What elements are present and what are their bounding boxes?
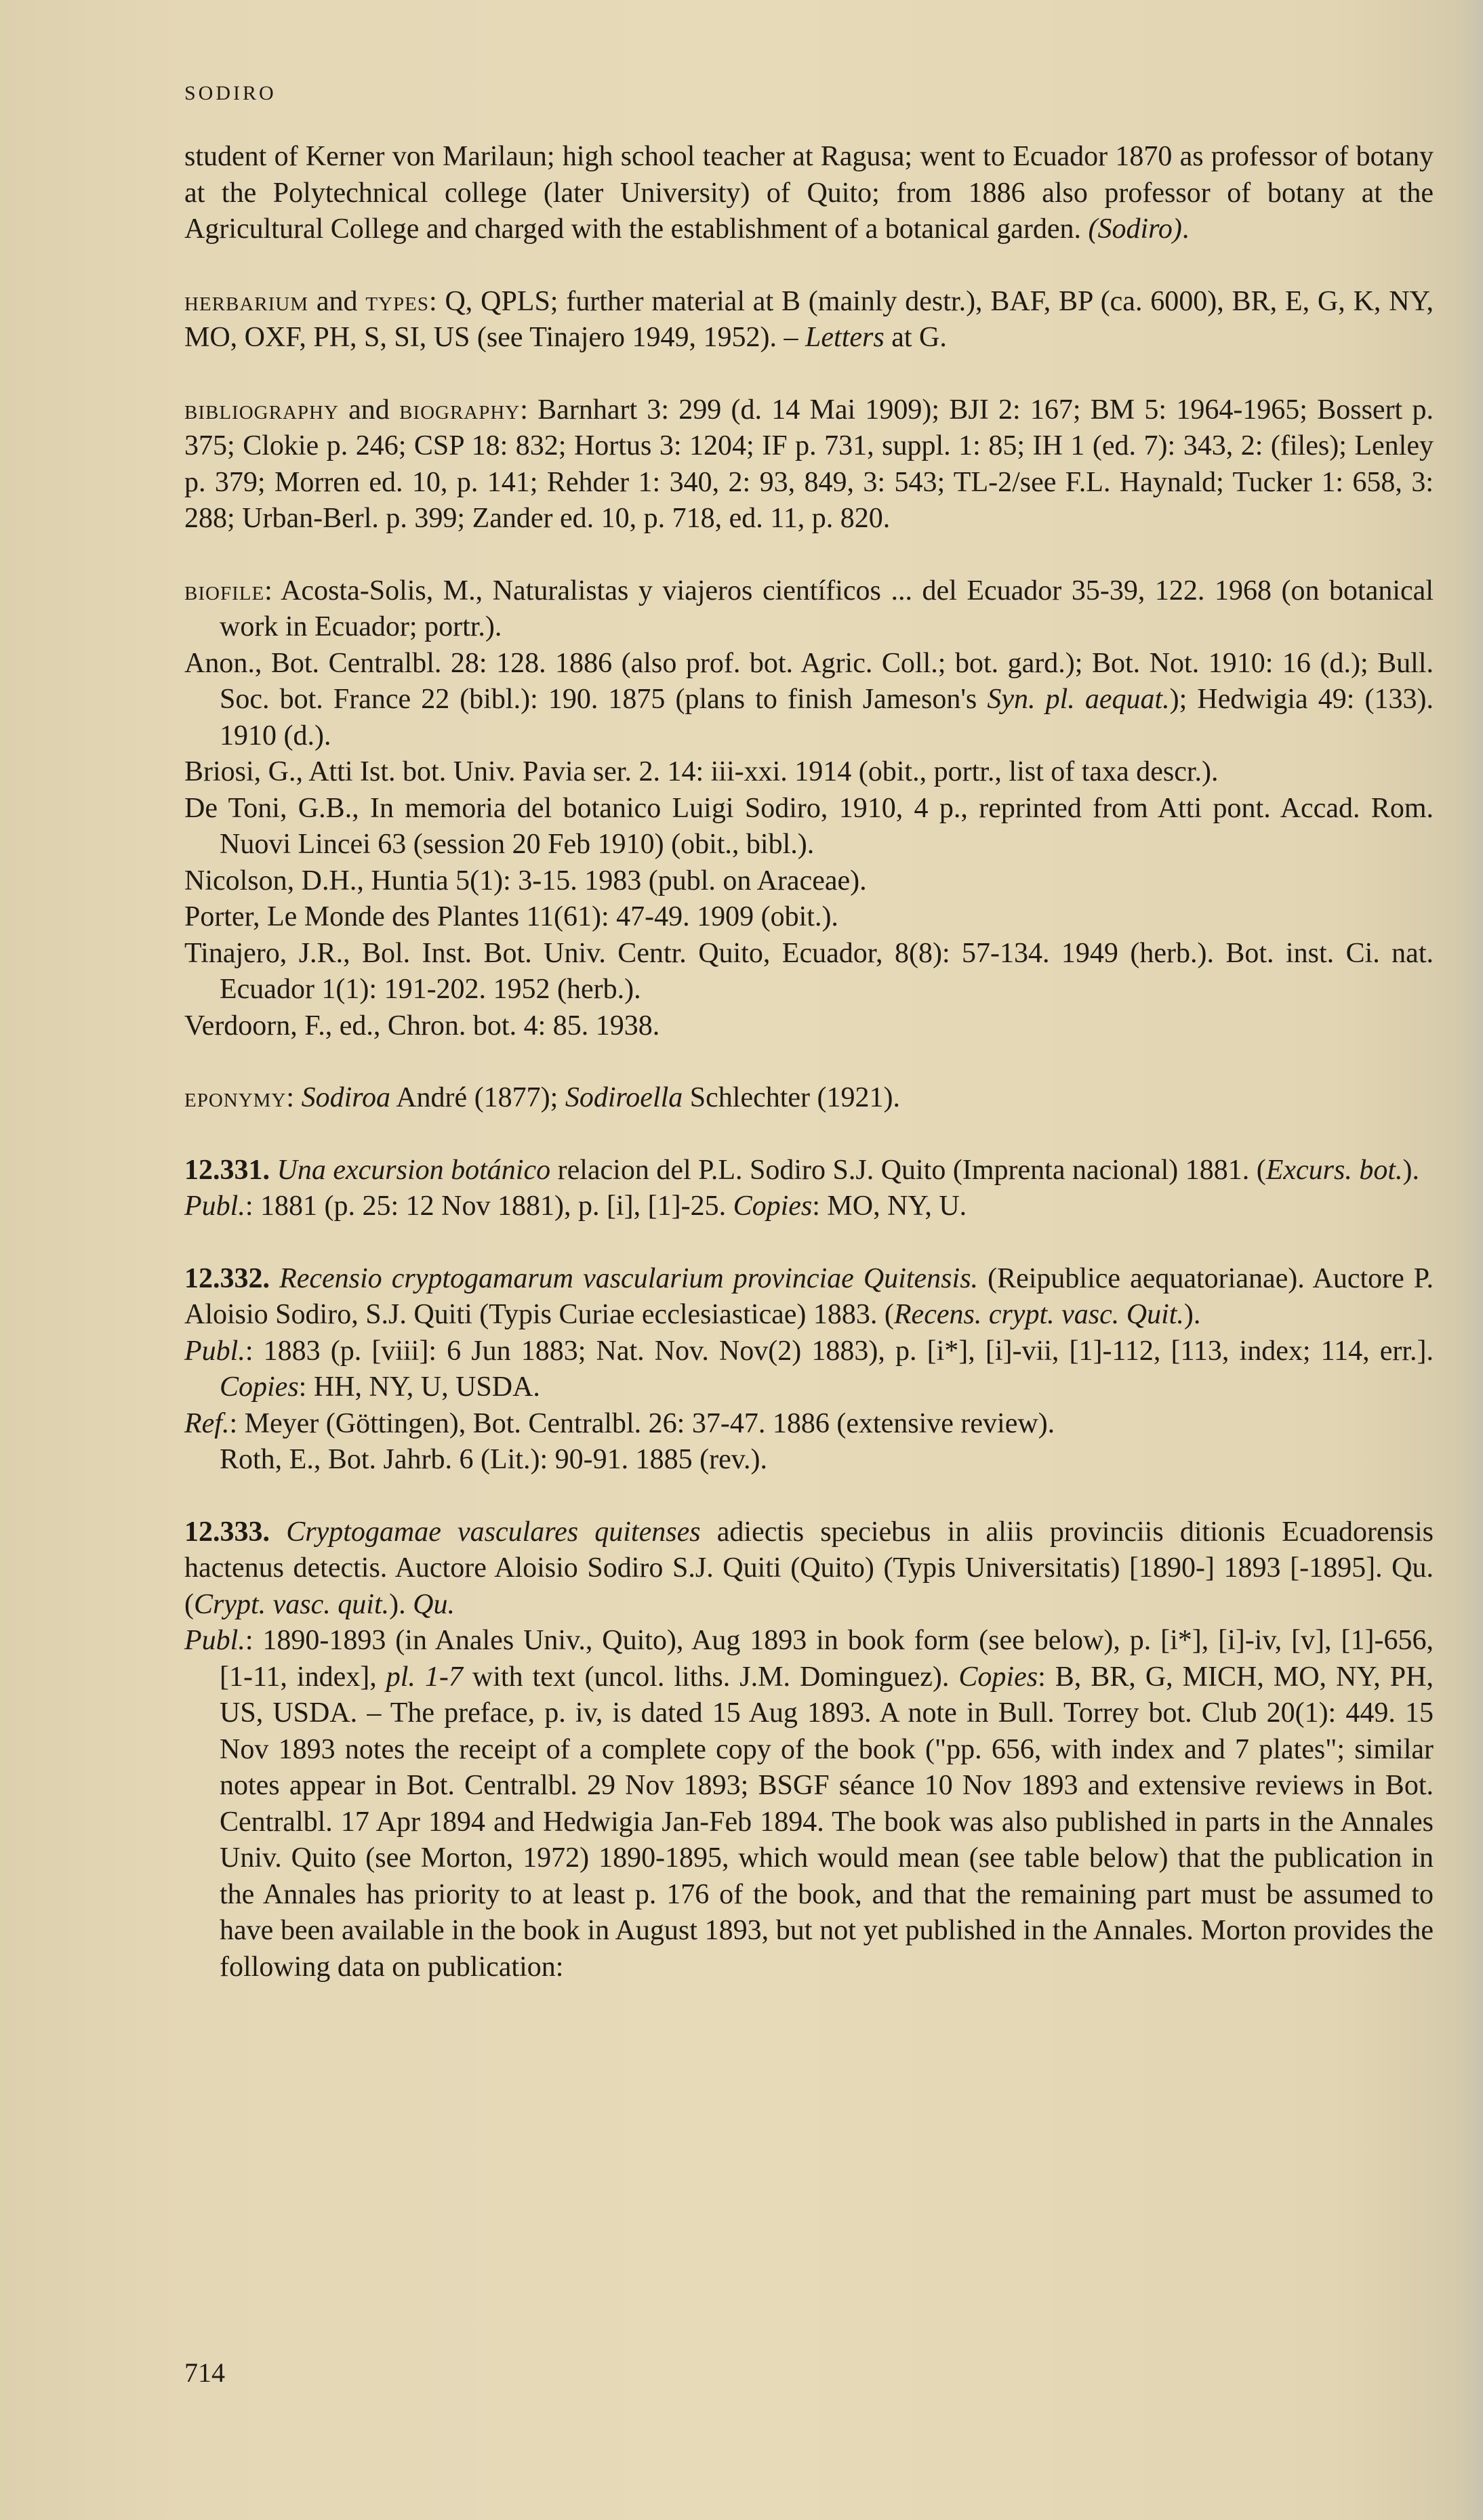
intro-end: . [1182, 213, 1190, 245]
copies-label: Copies [220, 1371, 299, 1403]
entry-title: Cryptogamae vasculares quitenses [286, 1516, 700, 1548]
biofile-entry-text: Briosi, G., Atti Ist. bot. Univ. Pavia s… [184, 756, 1219, 787]
biofile-entry: De Toni, G.B., In memoria del botanico L… [184, 791, 1434, 863]
entry-abbr-end: ). [1403, 1155, 1420, 1186]
entry-abbreviation: Recens. crypt. vasc. Quit. [894, 1299, 1184, 1330]
biofile-entry: Nicolson, D.H., Huntia 5(1): 3-15. 1983 … [184, 863, 1434, 900]
eponym-author: André (1877); [390, 1082, 565, 1113]
entry-abbreviation: Excurs. bot. [1266, 1155, 1403, 1186]
entry-title-rest: relacion del P.L. Sodiro S.J. Quito (Imp… [550, 1155, 1266, 1186]
eponymy-colon: : [286, 1082, 301, 1113]
publ-label: Publ. [184, 1336, 245, 1367]
intro-paragraph: student of Kerner von Marilaun; high sch… [184, 139, 1434, 248]
types-label: types [365, 286, 429, 317]
ref-text: : Meyer (Göttingen), Bot. Centralbl. 26:… [229, 1408, 1055, 1439]
biofile-entry-italic: Syn. pl. aequat. [987, 684, 1169, 715]
bibliography-colon: : [520, 394, 537, 426]
biofile-entry: Tinajero, J.R., Bol. Inst. Bot. Univ. Ce… [184, 936, 1434, 1008]
entry-12331: 12.331. Una excursion botánico relacion … [184, 1153, 1434, 1225]
biofile-entry-text: Nicolson, D.H., Huntia 5(1): 3-15. 1983 … [184, 865, 867, 896]
copies-text: : B, BR, G, MICH, MO, NY, PH, US, USDA. … [220, 1661, 1434, 1983]
entry-abbr-end: ). [1184, 1299, 1201, 1330]
entry-title: Recensio cryptogamarum vascularium provi… [279, 1263, 978, 1294]
publ-label: Publ. [184, 1625, 245, 1656]
ref-text: Roth, E., Bot. Jahrb. 6 (Lit.): 90-91. 1… [220, 1444, 767, 1475]
biofile-entry-text: Tinajero, J.R., Bol. Inst. Bot. Univ. Ce… [184, 938, 1434, 1006]
publ-label: Publ. [184, 1191, 245, 1222]
entry-12333: 12.333. Cryptogamae vasculares quitenses… [184, 1514, 1434, 1986]
bibliography-section: bibliography and biography: Barnhart 3: … [184, 392, 1434, 537]
ref-label: Ref. [184, 1408, 229, 1439]
biofile-entry-text: Verdoorn, F., ed., Chron. bot. 4: 85. 19… [184, 1010, 659, 1041]
page-number: 714 [184, 2357, 225, 2389]
letters-location: at G. [885, 322, 947, 353]
biography-label: biography [399, 394, 520, 426]
biofile-section: biofile: Acosta-Solis, M., Naturalistas … [184, 573, 1434, 1045]
herbarium-colon: : [429, 286, 445, 317]
herbarium-and: and [308, 286, 365, 317]
entry-number: 12.331. [184, 1155, 270, 1186]
entry-12332: 12.332. Recensio cryptogamarum vasculari… [184, 1261, 1434, 1479]
eponymy-label: eponymy [184, 1082, 286, 1113]
biofile-entry-text: Porter, Le Monde des Plantes 11(61): 47-… [184, 901, 838, 932]
copies-label: Copies [733, 1191, 813, 1222]
copies-label: Copies [958, 1661, 1038, 1693]
bibliography-label: bibliography [184, 394, 339, 426]
biofile-entry: Porter, Le Monde des Plantes 11(61): 47-… [184, 899, 1434, 936]
entry-title: Una excursion botánico [277, 1155, 551, 1186]
biofile-colon: : [264, 575, 281, 606]
letters-label: Letters [805, 322, 885, 353]
eponym-author: Schlechter (1921). [683, 1082, 900, 1113]
biofile-entry-text: Acosta-Solis, M., Naturalistas y viajero… [220, 575, 1434, 643]
running-head: SODIRO [184, 80, 277, 107]
eponym-genus: Sodiroella [565, 1082, 683, 1113]
copies-text: : HH, NY, U, USDA. [299, 1371, 540, 1403]
biofile-entry: biofile: Acosta-Solis, M., Naturalistas … [184, 573, 1434, 646]
herbarium-section: herbarium and types: Q, QPLS; further ma… [184, 284, 1434, 356]
eponym-genus: Sodiroa [302, 1082, 390, 1113]
biofile-entry: Briosi, G., Atti Ist. bot. Univ. Pavia s… [184, 754, 1434, 791]
entry-abbreviation: Crypt. vasc. quit. [194, 1589, 389, 1620]
intro-signature: (Sodiro) [1088, 213, 1181, 245]
biofile-entry: Verdoorn, F., ed., Chron. bot. 4: 85. 19… [184, 1008, 1434, 1045]
biofile-entry: Anon., Bot. Centralbl. 28: 128. 1886 (al… [184, 646, 1434, 755]
intro-text: student of Kerner von Marilaun; high sch… [184, 141, 1434, 245]
publ-text: with text (uncol. liths. J.M. Dominguez)… [463, 1661, 959, 1693]
copies-text: : MO, NY, U. [812, 1191, 967, 1222]
bibliography-and: and [339, 394, 399, 426]
publ-text: : 1883 (p. [viii]: 6 Jun 1883; Nat. Nov.… [245, 1336, 1434, 1367]
biofile-entry-text: De Toni, G.B., In memoria del botanico L… [184, 793, 1434, 861]
page-body: student of Kerner von Marilaun; high sch… [184, 139, 1434, 2021]
biofile-label: biofile [184, 575, 264, 606]
entry-number: 12.333. [184, 1516, 270, 1548]
entry-number: 12.332. [184, 1263, 270, 1294]
publ-plates: pl. 1-7 [386, 1661, 463, 1693]
publ-text: : 1881 (p. 25: 12 Nov 1881), p. [i], [1]… [245, 1191, 733, 1222]
entry-qu: Qu. [413, 1589, 455, 1620]
herbarium-label: herbarium [184, 286, 308, 317]
entry-abbr-end: ). [389, 1589, 413, 1620]
eponymy-section: eponymy: Sodiroa André (1877); Sodiroell… [184, 1080, 1434, 1117]
